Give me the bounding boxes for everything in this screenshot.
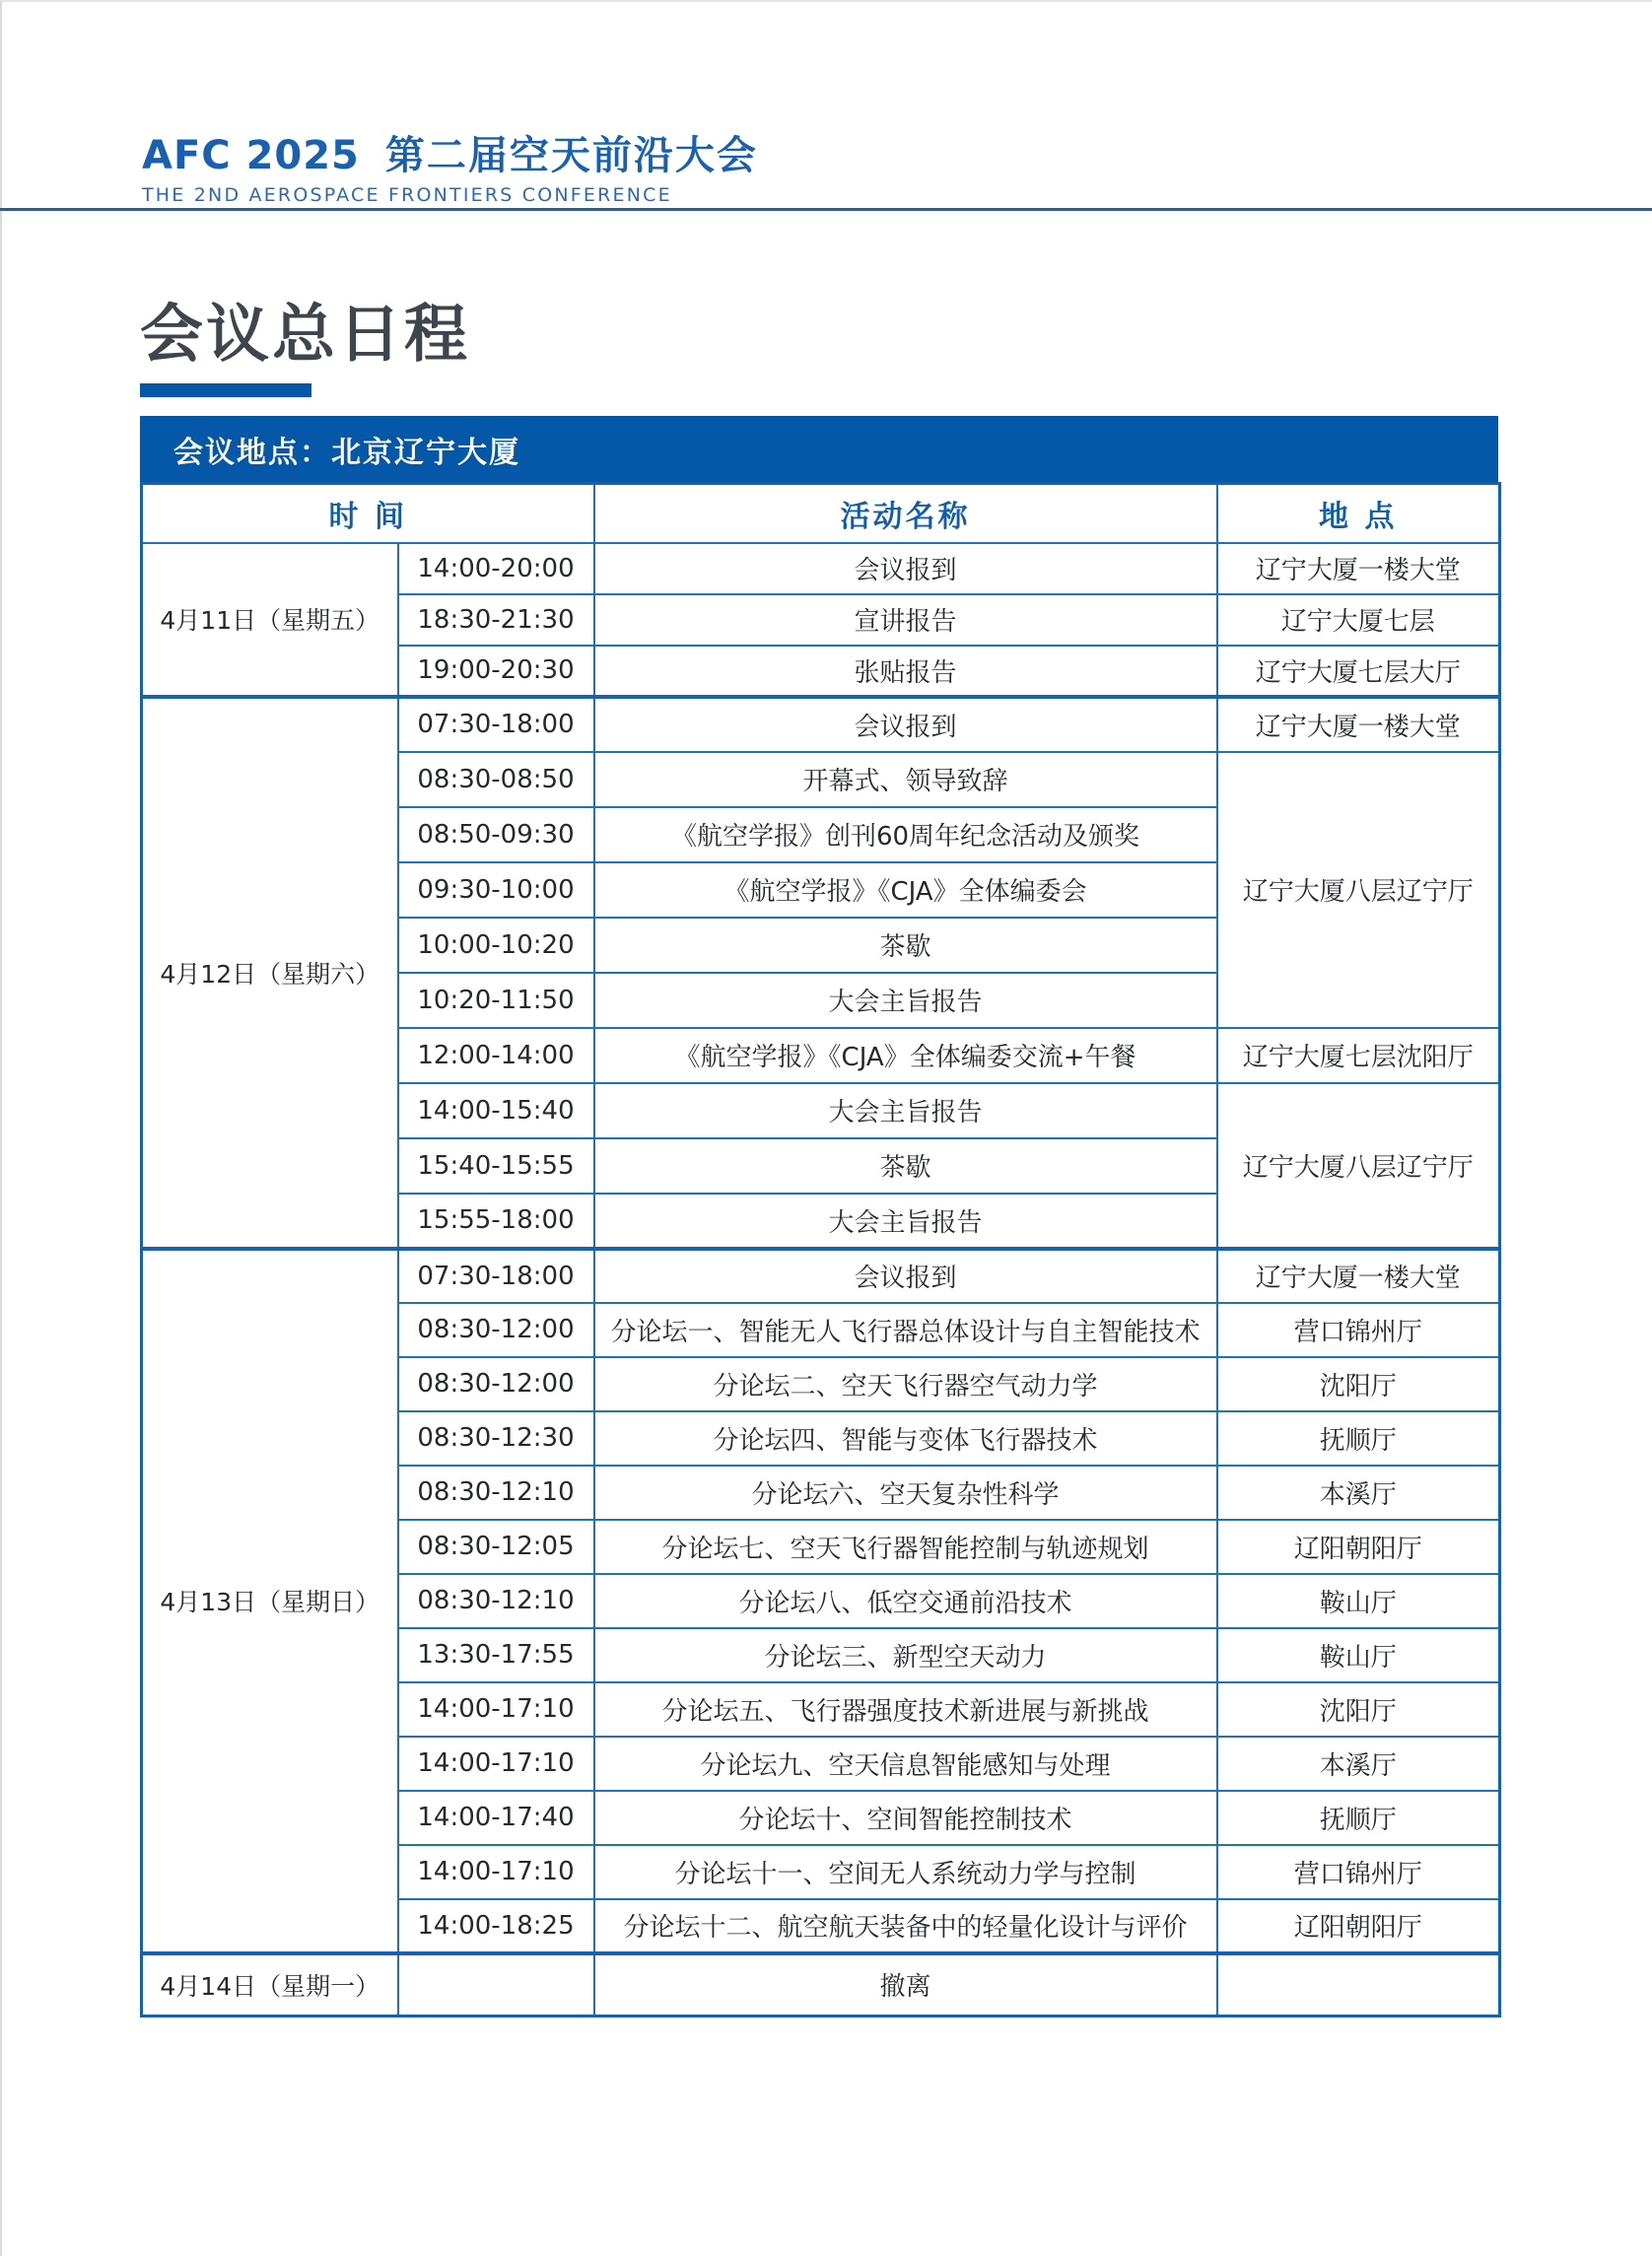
activity-cell: 分论坛九、空天信息智能感知与处理 [594, 1737, 1217, 1791]
location-cell: 辽宁大厦一楼大堂 [1217, 1249, 1500, 1303]
time-cell: 12:00-14:00 [398, 1028, 594, 1083]
title-underline [140, 383, 311, 397]
time-cell [398, 1953, 594, 2017]
time-cell: 08:30-12:00 [398, 1357, 594, 1411]
time-cell: 14:00-17:10 [398, 1737, 594, 1791]
location-cell: 营口锦州厅 [1217, 1845, 1500, 1899]
time-cell: 18:30-21:30 [398, 594, 594, 646]
schedule-body: 4月11日（星期五）14:00-20:00会议报到辽宁大厦一楼大堂18:30-2… [142, 543, 1500, 2017]
activity-cell: 张贴报告 [594, 646, 1217, 697]
time-cell: 08:30-12:30 [398, 1411, 594, 1466]
activity-cell: 《航空学报》创刊60周年纪念活动及颁奖 [594, 807, 1217, 862]
table-row: 4月13日（星期日）07:30-18:00会议报到辽宁大厦一楼大堂 [142, 1249, 1500, 1303]
time-cell: 15:55-18:00 [398, 1194, 594, 1249]
time-cell: 07:30-18:00 [398, 1249, 594, 1303]
location-cell: 辽宁大厦七层 [1217, 594, 1500, 646]
activity-cell: 茶歇 [594, 1138, 1217, 1194]
activity-cell: 宣讲报告 [594, 594, 1217, 646]
time-cell: 14:00-17:10 [398, 1682, 594, 1737]
activity-cell: 会议报到 [594, 697, 1217, 752]
date-cell: 4月12日（星期六） [142, 697, 398, 1249]
location-cell: 本溪厅 [1217, 1466, 1500, 1520]
brand-subtitle: THE 2ND AEROSPACE FRONTIERS CONFERENCE [142, 186, 758, 205]
activity-cell: 分论坛一、智能无人飞行器总体设计与自主智能技术 [594, 1303, 1217, 1357]
activity-cell: 分论坛五、飞行器强度技术新进展与新挑战 [594, 1682, 1217, 1737]
location-cell: 辽阳朝阳厅 [1217, 1899, 1500, 1953]
venue-banner: 会议地点：北京辽宁大厦 [140, 416, 1498, 482]
activity-cell: 《航空学报》《CJA》全体编委会 [594, 862, 1217, 918]
activity-cell: 分论坛十二、航空航天装备中的轻量化设计与评价 [594, 1899, 1217, 1953]
schedule-section: 会议地点：北京辽宁大厦 时 间 活动名称 地 点 4月11日（星期五）14:00… [140, 416, 1498, 2017]
activity-cell: 分论坛八、低空交通前沿技术 [594, 1574, 1217, 1628]
activity-cell: 分论坛二、空天飞行器空气动力学 [594, 1357, 1217, 1411]
column-header-row: 时 间 活动名称 地 点 [142, 484, 1500, 543]
activity-cell: 大会主旨报告 [594, 1194, 1217, 1249]
location-cell [1217, 1953, 1500, 2017]
location-cell: 辽宁大厦一楼大堂 [1217, 543, 1500, 594]
table-row: 4月14日（星期一）撤离 [142, 1953, 1500, 2017]
page: { "brand": { "logo": "AFC 2025", "title"… [0, 0, 1652, 2256]
location-cell: 辽宁大厦一楼大堂 [1217, 697, 1500, 752]
location-cell: 鞍山厅 [1217, 1574, 1500, 1628]
page-title: 会议总日程 [140, 284, 470, 375]
activity-cell: 分论坛六、空天复杂性科学 [594, 1466, 1217, 1520]
time-cell: 19:00-20:30 [398, 646, 594, 697]
activity-cell: 撤离 [594, 1953, 1217, 2017]
time-cell: 08:50-09:30 [398, 807, 594, 862]
activity-cell: 茶歇 [594, 918, 1217, 973]
time-cell: 08:30-12:00 [398, 1303, 594, 1357]
activity-cell: 大会主旨报告 [594, 973, 1217, 1028]
brand-title: AFC 2025第二届空天前沿大会 [142, 136, 758, 175]
location-cell: 沈阳厅 [1217, 1682, 1500, 1737]
time-cell: 09:30-10:00 [398, 862, 594, 918]
time-cell: 14:00-17:10 [398, 1845, 594, 1899]
col-header-time: 时 间 [142, 484, 594, 543]
date-cell: 4月13日（星期日） [142, 1249, 398, 1953]
location-cell: 辽宁大厦七层沈阳厅 [1217, 1028, 1500, 1083]
activity-cell: 开幕式、领导致辞 [594, 752, 1217, 807]
time-cell: 08:30-08:50 [398, 752, 594, 807]
location-cell: 辽宁大厦八层辽宁厅 [1217, 752, 1500, 1028]
time-cell: 15:40-15:55 [398, 1138, 594, 1194]
location-cell: 抚顺厅 [1217, 1791, 1500, 1845]
table-row: 4月11日（星期五）14:00-20:00会议报到辽宁大厦一楼大堂 [142, 543, 1500, 594]
time-cell: 14:00-15:40 [398, 1083, 594, 1138]
location-cell: 抚顺厅 [1217, 1411, 1500, 1466]
schedule-table: 时 间 活动名称 地 点 4月11日（星期五）14:00-20:00会议报到辽宁… [140, 482, 1501, 2017]
activity-cell: 会议报到 [594, 1249, 1217, 1303]
time-cell: 08:30-12:10 [398, 1574, 594, 1628]
location-cell: 辽宁大厦七层大厅 [1217, 646, 1500, 697]
time-cell: 08:30-12:10 [398, 1466, 594, 1520]
brand: AFC 2025第二届空天前沿大会 THE 2ND AEROSPACE FRON… [142, 136, 758, 205]
activity-cell: 《航空学报》《CJA》全体编委交流+午餐 [594, 1028, 1217, 1083]
table-row: 4月12日（星期六）07:30-18:00会议报到辽宁大厦一楼大堂 [142, 697, 1500, 752]
activity-cell: 分论坛十、空间智能控制技术 [594, 1791, 1217, 1845]
time-cell: 08:30-12:05 [398, 1520, 594, 1574]
location-cell: 辽宁大厦八层辽宁厅 [1217, 1083, 1500, 1249]
brand-logo-text: AFC 2025 [142, 133, 360, 178]
col-header-activity: 活动名称 [594, 484, 1217, 543]
brand-title-zh: 第二届空天前沿大会 [385, 133, 758, 178]
activity-cell: 分论坛四、智能与变体飞行器技术 [594, 1411, 1217, 1466]
activity-cell: 会议报到 [594, 543, 1217, 594]
time-cell: 14:00-18:25 [398, 1899, 594, 1953]
header-rule [0, 208, 1652, 211]
date-cell: 4月14日（星期一） [142, 1953, 398, 2017]
col-header-location: 地 点 [1217, 484, 1500, 543]
time-cell: 13:30-17:55 [398, 1628, 594, 1682]
time-cell: 14:00-20:00 [398, 543, 594, 594]
activity-cell: 分论坛七、空天飞行器智能控制与轨迹规划 [594, 1520, 1217, 1574]
time-cell: 10:20-11:50 [398, 973, 594, 1028]
location-cell: 鞍山厅 [1217, 1628, 1500, 1682]
location-cell: 沈阳厅 [1217, 1357, 1500, 1411]
location-cell: 营口锦州厅 [1217, 1303, 1500, 1357]
time-cell: 14:00-17:40 [398, 1791, 594, 1845]
location-cell: 辽阳朝阳厅 [1217, 1520, 1500, 1574]
activity-cell: 分论坛三、新型空天动力 [594, 1628, 1217, 1682]
activity-cell: 分论坛十一、空间无人系统动力学与控制 [594, 1845, 1217, 1899]
activity-cell: 大会主旨报告 [594, 1083, 1217, 1138]
time-cell: 10:00-10:20 [398, 918, 594, 973]
date-cell: 4月11日（星期五） [142, 543, 398, 697]
location-cell: 本溪厅 [1217, 1737, 1500, 1791]
time-cell: 07:30-18:00 [398, 697, 594, 752]
